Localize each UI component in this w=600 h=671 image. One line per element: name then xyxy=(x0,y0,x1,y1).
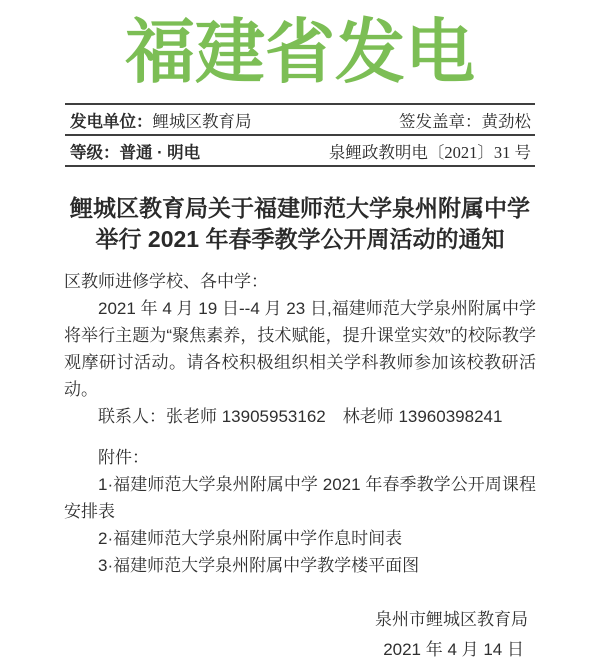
issuing-unit-cell: 发电单位：鲤城区教育局 xyxy=(70,108,252,132)
grade-value: 普通 · 明电 xyxy=(120,144,201,162)
document-title: 鲤城区教育局关于福建师范大学泉州附属中学 举行 2021 年春季教学公开周活动的… xyxy=(0,193,600,255)
header-table: 发电单位：鲤城区教育局 签发盖章：黄劲松 等级：普通 · 明电 泉鲤政教明电〔2… xyxy=(65,103,535,167)
salutation: 区教师进修学校、各中学： xyxy=(64,268,536,295)
signature-org: 泉州市鲤城区教育局 xyxy=(0,605,600,635)
signer-label: 签发盖章： xyxy=(399,112,482,131)
attachment-item-3: 3·福建师范大学泉州附属中学教学楼平面图 xyxy=(64,552,536,579)
signature-block: 泉州市鲤城区教育局 2021 年 4 月 14 日 xyxy=(0,605,600,665)
masthead-title: 福建省发电 xyxy=(0,0,600,102)
contact-line: 联系人：张老师 13905953162 林老师 13960398241 xyxy=(64,403,536,430)
document-title-line2: 举行 2021 年春季教学公开周活动的通知 xyxy=(0,224,600,255)
grade-cell: 等级：普通 · 明电 xyxy=(70,139,200,163)
attachment-label: 附件： xyxy=(64,444,536,471)
issuing-unit-label: 发电单位： xyxy=(70,113,153,131)
signer-cell: 签发盖章：黄劲松 xyxy=(399,108,531,132)
doc-number-cell: 泉鲤政教明电〔2021〕31 号 xyxy=(329,139,531,163)
document-title-line1: 鲤城区教育局关于福建师范大学泉州附属中学 xyxy=(0,193,600,224)
document-body: 区教师进修学校、各中学： 2021 年 4 月 19 日--4 月 23 日,福… xyxy=(64,268,536,579)
issuing-unit-value: 鲤城区教育局 xyxy=(153,112,252,131)
attachment-item-2: 2·福建师范大学泉州附属中学作息时间表 xyxy=(64,525,536,552)
paragraph-main: 2021 年 4 月 19 日--4 月 23 日,福建师范大学泉州附属中学将举… xyxy=(64,295,536,403)
signer-value: 黄劲松 xyxy=(482,112,532,131)
header-row-issuing: 发电单位：鲤城区教育局 签发盖章：黄劲松 xyxy=(65,105,535,136)
header-row-grade: 等级：普通 · 明电 泉鲤政教明电〔2021〕31 号 xyxy=(65,136,535,167)
signature-date: 2021 年 4 月 14 日 xyxy=(0,635,600,665)
doc-number: 泉鲤政教明电〔2021〕31 号 xyxy=(329,143,531,162)
grade-label: 等级： xyxy=(70,144,120,162)
attachment-item-1: 1·福建师范大学泉州附属中学 2021 年春季教学公开周课程安排表 xyxy=(64,471,536,525)
document-page: 福建省发电 发电单位：鲤城区教育局 签发盖章：黄劲松 等级：普通 · 明电 泉鲤… xyxy=(0,0,600,671)
